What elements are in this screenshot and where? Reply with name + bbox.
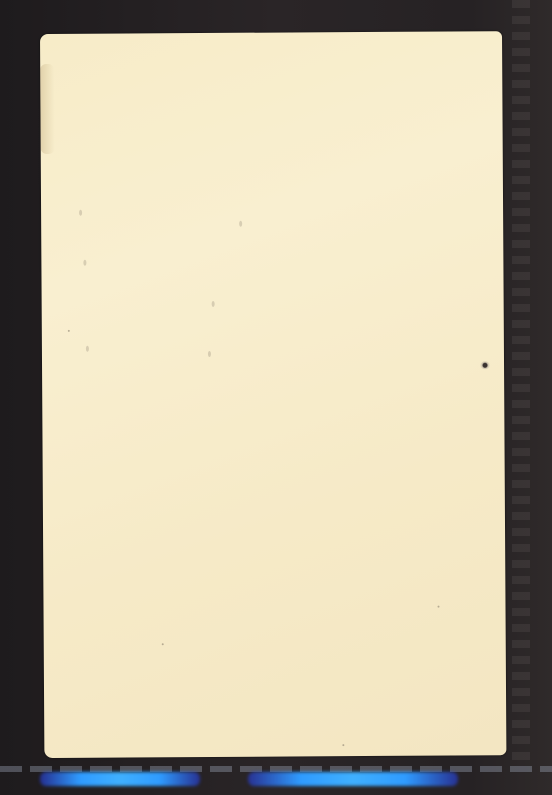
scanner-light-bar bbox=[248, 772, 458, 786]
speck bbox=[437, 606, 439, 608]
faint-mark bbox=[79, 210, 82, 216]
faint-mark bbox=[239, 221, 242, 227]
speck bbox=[342, 744, 344, 746]
paper-blemish bbox=[480, 361, 490, 369]
blank-paper-card bbox=[40, 31, 506, 758]
faint-mark bbox=[86, 346, 89, 352]
film-strip-edge bbox=[512, 0, 530, 760]
scanner-light-bar bbox=[40, 772, 200, 786]
faint-mark bbox=[212, 301, 215, 307]
faint-mark bbox=[83, 260, 86, 266]
faint-mark bbox=[208, 351, 211, 357]
speck bbox=[68, 330, 70, 332]
speck bbox=[162, 643, 164, 645]
